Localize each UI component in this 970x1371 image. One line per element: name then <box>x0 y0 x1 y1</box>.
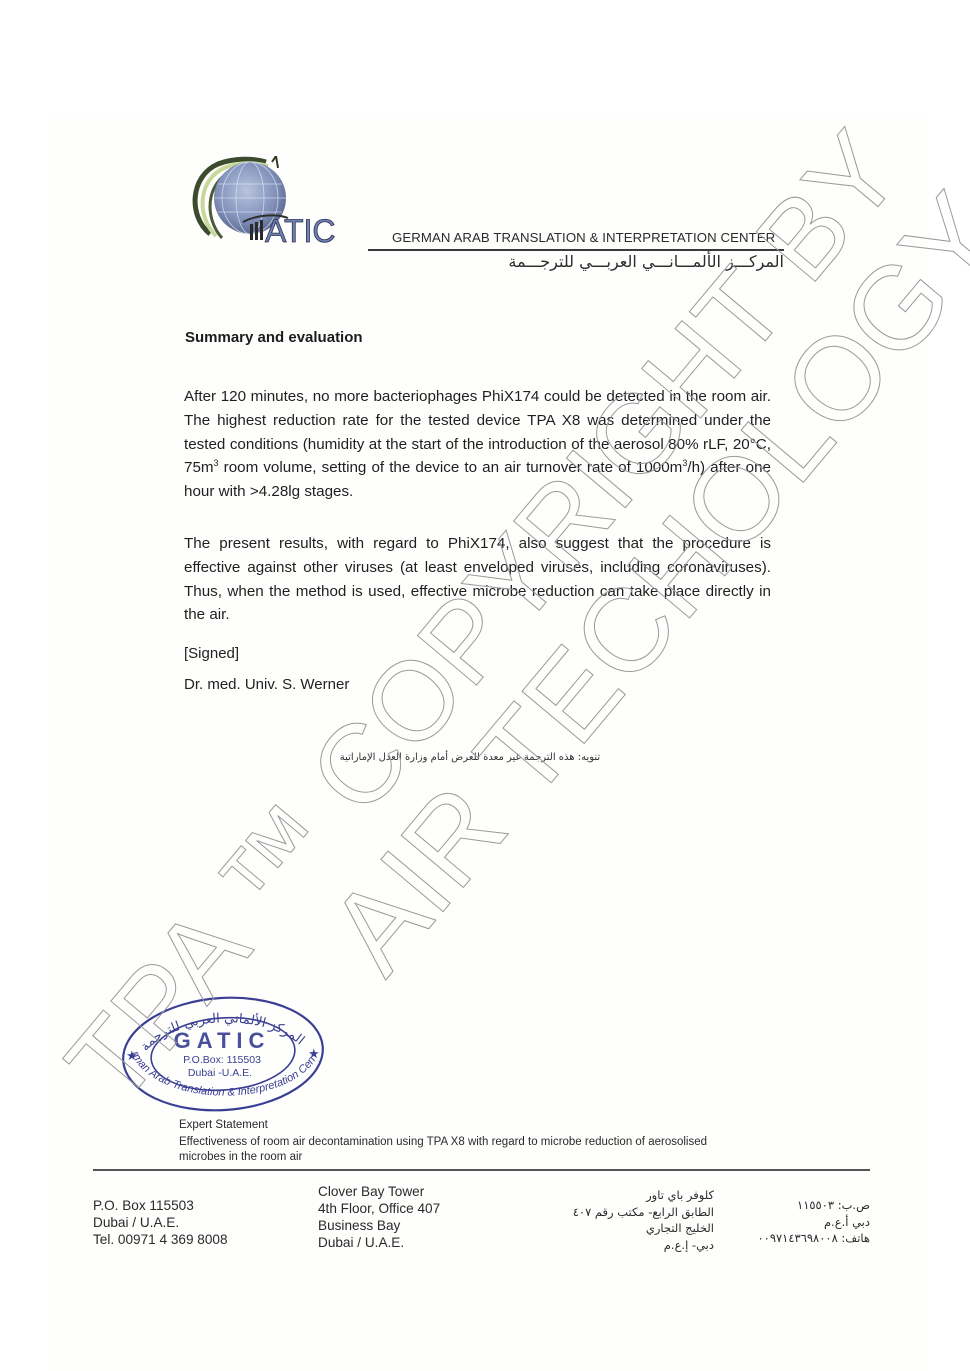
svg-text:ATIC: ATIC <box>265 213 336 246</box>
org-name-english: GERMAN ARAB TRANSLATION & INTERPRETATION… <box>392 230 775 245</box>
globe-logo-icon: ATIC <box>188 156 368 246</box>
footer-address-office-arabic: كلوفر باي تاور الطابق الرابع- مكتب رقم ٤… <box>520 1187 714 1253</box>
star-icon: ★ <box>126 1049 138 1064</box>
footer-address-pobox-arabic: ص.ب: ١١٥٥٠٣ دبي أ.ع.م هاتف: ٠٠٩٧١٤٣٦٩٨٠٠… <box>730 1197 870 1247</box>
statement-title: Expert Statement <box>179 1119 268 1131</box>
section-heading: Summary and evaluation <box>185 329 363 346</box>
footer-address-pobox: P.O. Box 115503 Dubai / U.A.E. Tel. 0097… <box>93 1197 228 1248</box>
svg-text:GATIC: GATIC <box>174 1028 271 1053</box>
signer-name: Dr. med. Univ. S. Werner <box>184 676 349 693</box>
paragraph-results: After 120 minutes, no more bacteriophage… <box>184 385 771 504</box>
signed-note: [Signed] <box>184 645 239 662</box>
arabic-disclaimer: تنويه: هذه الترجمة غير معدة للعرض أمام و… <box>330 752 610 763</box>
org-name-arabic: المركـــز الألمـــانـــي العربـــي للترج… <box>392 252 784 271</box>
star-icon: ★ <box>308 1047 320 1062</box>
gatic-stamp: المركز الألماني العربي للترجمة German Ar… <box>118 992 328 1114</box>
gatic-logo: ATIC <box>188 156 368 246</box>
scanned-page <box>50 115 928 1371</box>
statement-description: Effectiveness of room air decontaminatio… <box>179 1135 749 1165</box>
svg-text:Dubai -U.A.E.: Dubai -U.A.E. <box>188 1067 252 1079</box>
letterhead-divider <box>368 249 784 251</box>
footer-divider <box>93 1169 870 1171</box>
svg-text:P.O.Box: 115503: P.O.Box: 115503 <box>183 1054 261 1066</box>
footer-address-office: Clover Bay Tower 4th Floor, Office 407 B… <box>318 1183 440 1251</box>
paragraph-conclusion: The present results, with regard to PhiX… <box>184 532 771 627</box>
footer-phone: Tel. 00971 4 369 8008 <box>93 1231 228 1248</box>
